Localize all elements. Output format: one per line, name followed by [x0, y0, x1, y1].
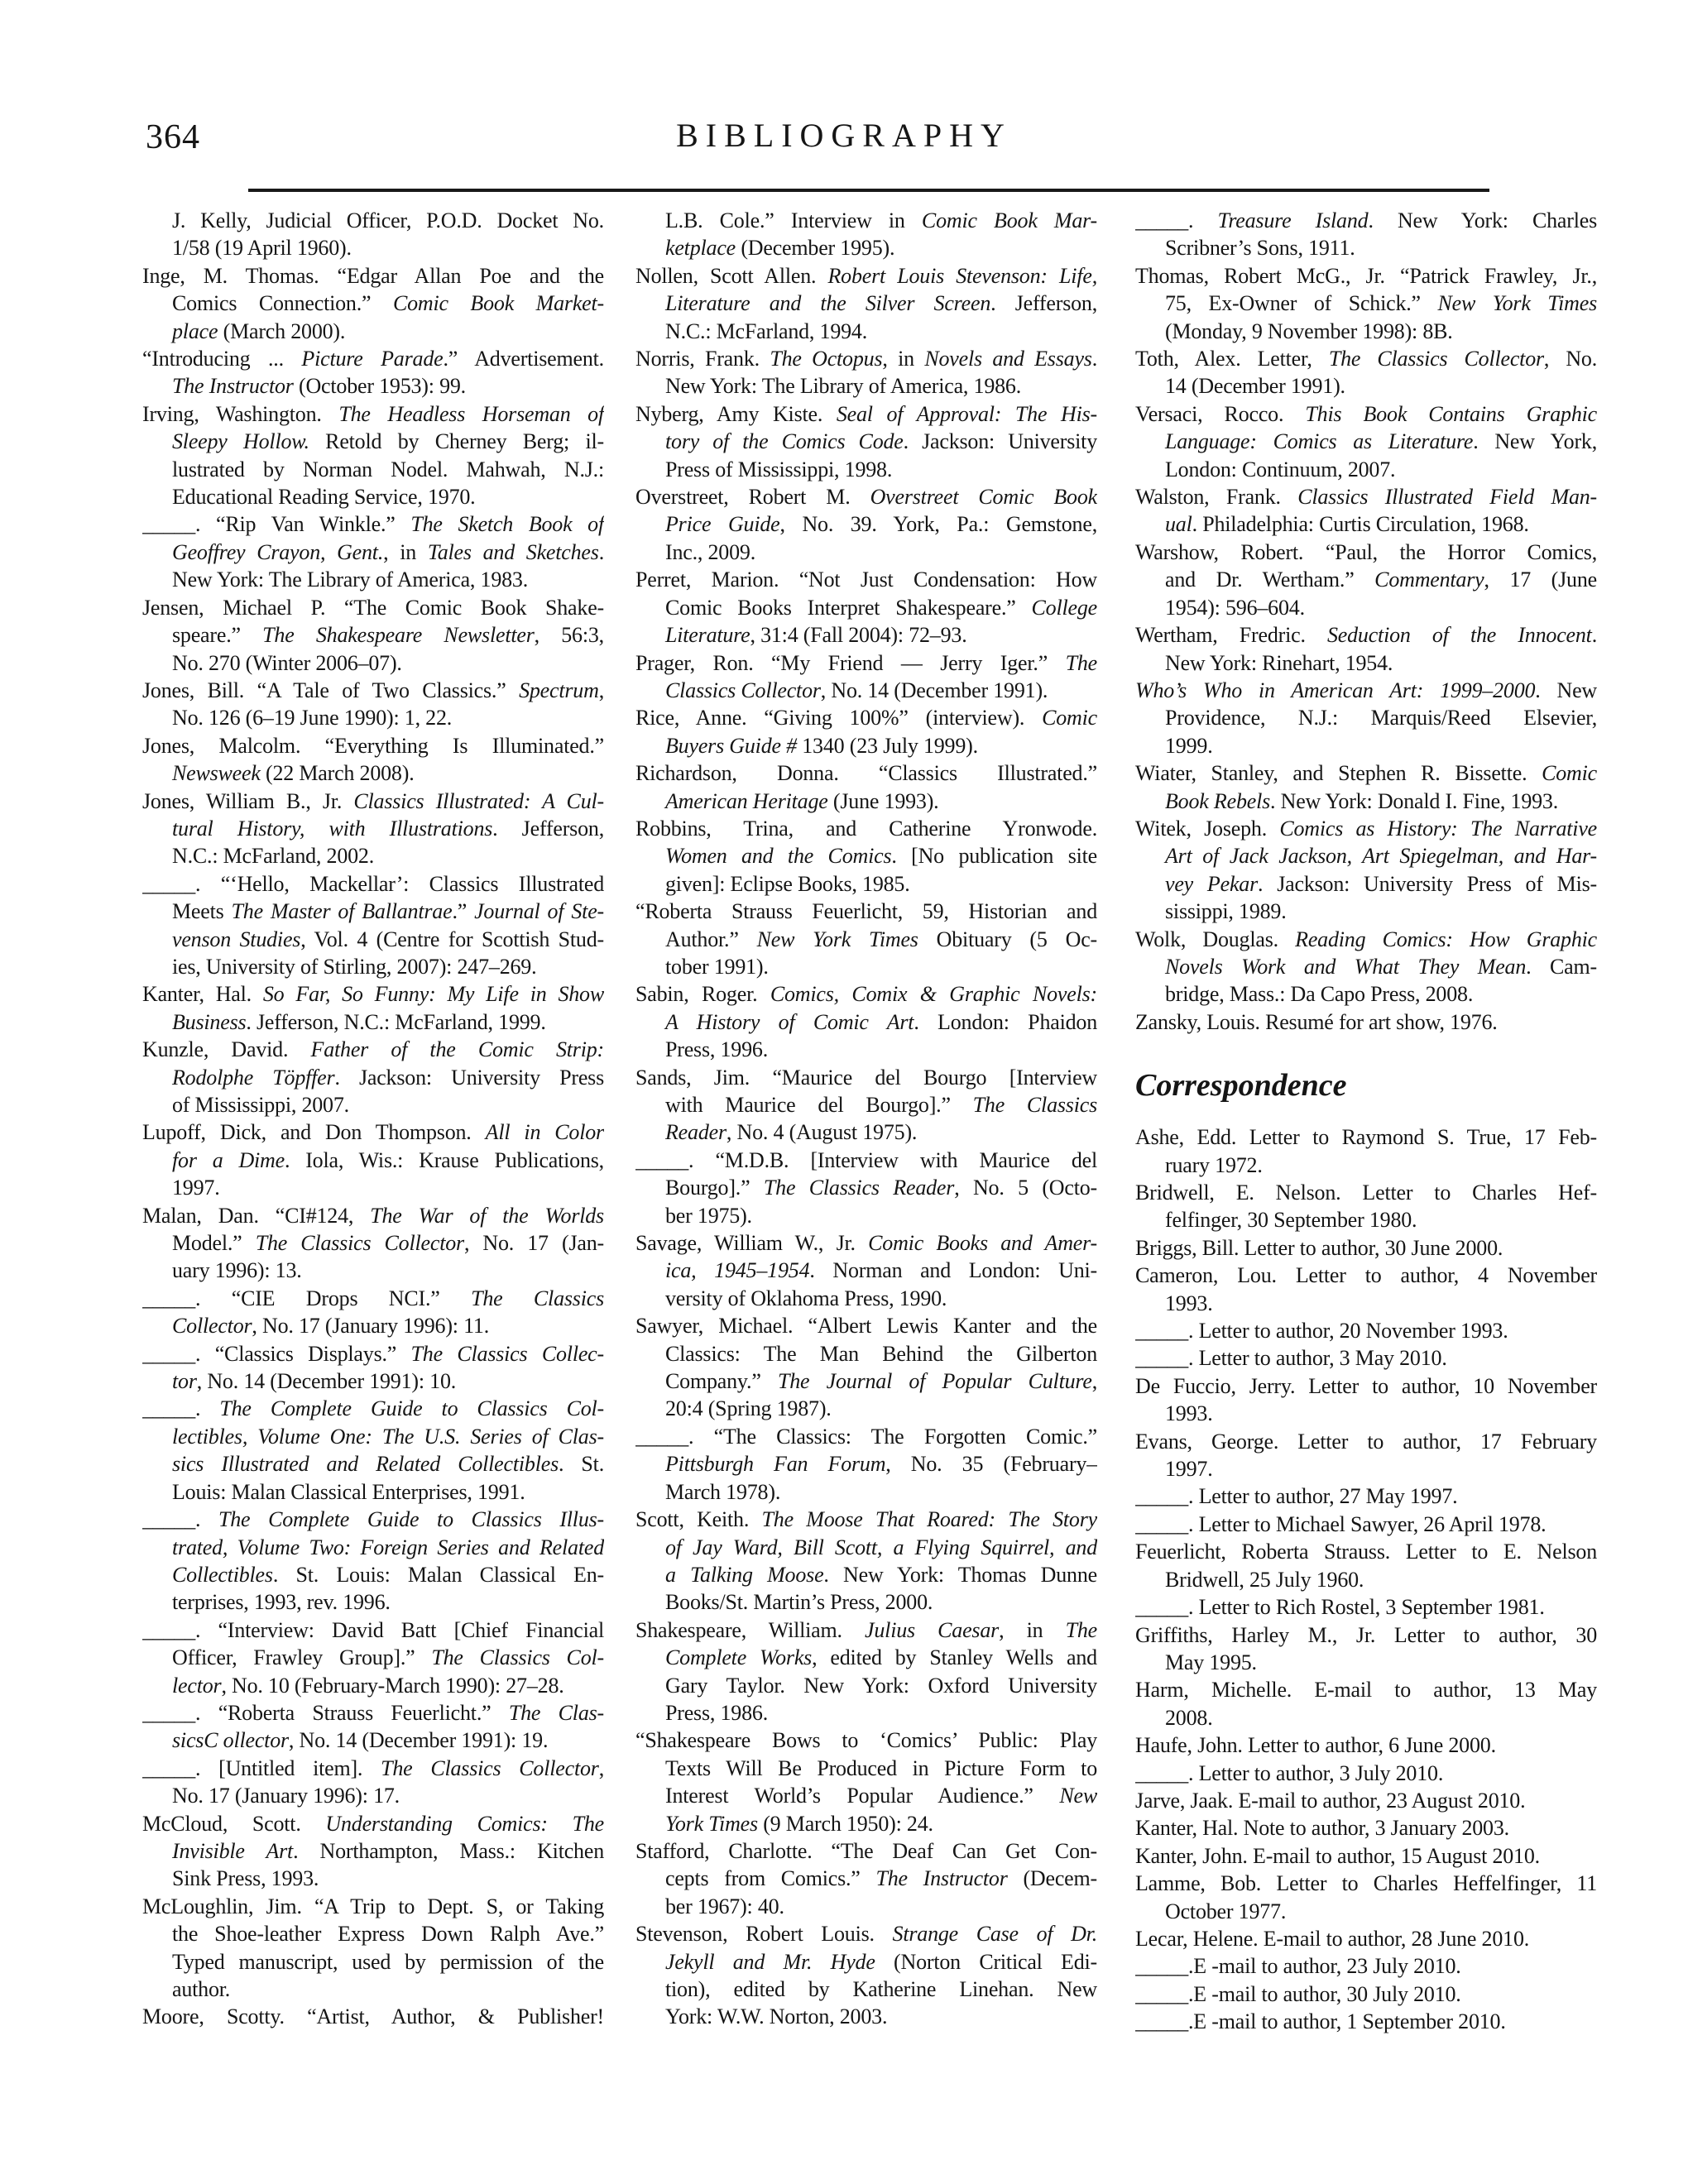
bib-line: ber 1975). — [635, 1202, 1097, 1229]
bib-line: Sink Press, 1993. — [142, 1865, 604, 1892]
bib-line: Malan, Dan. “CI#124, The War of the Worl… — [142, 1202, 604, 1229]
bib-line: Walston, Frank. Classics Illustrated Fie… — [1135, 483, 1597, 510]
bib-line: Gary Taylor. New York: Oxford University — [635, 1672, 1097, 1699]
bib-line: cepts from Comics.” The Instructor (Dece… — [635, 1865, 1097, 1892]
bib-line: Overstreet, Robert M. Overstreet Comic B… — [635, 483, 1097, 510]
bib-line: place (March 2000). — [142, 318, 604, 345]
section-heading: Correspondence — [1135, 1067, 1597, 1104]
bib-line: A History of Comic Art. London: Phaidon — [635, 1008, 1097, 1036]
bib-line: Toth, Alex. Letter, The Classics Collect… — [1135, 345, 1597, 372]
bib-line: felfinger, 30 September 1980. — [1135, 1206, 1597, 1233]
bib-line: _____. Letter to author, 3 July 2010. — [1135, 1760, 1597, 1787]
bib-line: 1997. — [1135, 1455, 1597, 1482]
bib-line: York: W.W. Norton, 2003. — [635, 2003, 1097, 2030]
bib-line: Kanter, Hal. Note to author, 3 January 2… — [1135, 1814, 1597, 1842]
bib-line: 1993. — [1135, 1290, 1597, 1317]
bib-line: Comic Books Interpret Shakespeare.” Coll… — [635, 594, 1097, 621]
bib-line: Richardson, Donna. “Classics Illustrated… — [635, 759, 1097, 787]
bib-line: Geoffrey Crayon, Gent., in Tales and Ske… — [142, 539, 604, 566]
bib-line: “Introducing ... Picture Parade.” Advert… — [142, 345, 604, 372]
bib-line: tural History, with Illustrations. Jeffe… — [142, 815, 604, 842]
bib-line: “Shakespeare Bows to ‘Comics’ Public: Pl… — [635, 1727, 1097, 1754]
bib-line: sics Illustrated and Related Collectible… — [142, 1450, 604, 1478]
bib-line: Bourgo].” The Classics Reader, No. 5 (Oc… — [635, 1174, 1097, 1201]
bib-line: Novels Work and What They Mean. Cam- — [1135, 953, 1597, 980]
bib-line: Sleepy Hollow. Retold by Cherney Berg; i… — [142, 428, 604, 455]
bib-line: Literature, 31:4 (Fall 2004): 72–93. — [635, 621, 1097, 649]
bib-line: _____.E -mail to author, 1 September 201… — [1135, 2008, 1597, 2035]
bib-line: New York: The Library of America, 1986. — [635, 372, 1097, 400]
bib-line: _____. “M.D.B. [Interview with Maurice d… — [635, 1147, 1097, 1174]
bib-line: Jekyll and Mr. Hyde (Norton Critical Edi… — [635, 1948, 1097, 1976]
bib-line: Nyberg, Amy Kiste. Seal of Approval: The… — [635, 400, 1097, 428]
bib-line: Typed manuscript, used by permission of … — [142, 1948, 604, 1976]
bib-line: _____. “CIE Drops NCI.” The Classics — [142, 1285, 604, 1312]
bib-line: 20:4 (Spring 1987). — [635, 1395, 1097, 1422]
bib-line: tion), edited by Katherine Linehan. New — [635, 1976, 1097, 2003]
bib-line: ica, 1945–1954. Norman and London: Uni- — [635, 1257, 1097, 1284]
bib-line: lectibles, Volume One: The U.S. Series o… — [142, 1423, 604, 1450]
bibliography-column-3: _____. Treasure Island. New York: Charle… — [1135, 207, 1597, 2110]
bib-line: Buyers Guide # 1340 (23 July 1999). — [635, 732, 1097, 759]
bib-line: Griffiths, Harley M., Jr. Letter to auth… — [1135, 1621, 1597, 1649]
bib-line: Nollen, Scott Allen. Robert Louis Steven… — [635, 262, 1097, 290]
bib-line: Reader, No. 4 (August 1975). — [635, 1118, 1097, 1146]
bib-line: L.B. Cole.” Interview in Comic Book Mar- — [635, 207, 1097, 234]
bib-line: N.C.: McFarland, 2002. — [142, 842, 604, 869]
bib-line: _____. Letter to author, 27 May 1997. — [1135, 1482, 1597, 1510]
bib-line: Classics: The Man Behind the Gilberton — [635, 1340, 1097, 1367]
bib-line: Rice, Anne. “Giving 100%” (interview). C… — [635, 704, 1097, 731]
bib-line: Sabin, Roger. Comics, Comix & Graphic No… — [635, 980, 1097, 1008]
bib-line: ruary 1972. — [1135, 1152, 1597, 1179]
bib-line: Lamme, Bob. Letter to Charles Heffelfing… — [1135, 1870, 1597, 1897]
bib-line: _____. “Roberta Strauss Feuerlicht.” The… — [142, 1699, 604, 1727]
bib-line: Collectibles. St. Louis: Malan Classical… — [142, 1561, 604, 1588]
bib-line: Savage, William W., Jr. Comic Books and … — [635, 1229, 1097, 1257]
header-rule — [248, 189, 1489, 192]
bib-line: _____. “Classics Displays.” The Classics… — [142, 1340, 604, 1367]
bib-line: Kanter, Hal. So Far, So Funny: My Life i… — [142, 980, 604, 1008]
bib-line: May 1995. — [1135, 1649, 1597, 1676]
bib-line: uary 1996): 13. — [142, 1257, 604, 1284]
bib-line: Who’s Who in American Art: 1999–2000. Ne… — [1135, 677, 1597, 704]
bibliography-column-2: L.B. Cole.” Interview in Comic Book Mar-… — [635, 207, 1097, 2110]
bib-line: Women and the Comics. [No publication si… — [635, 842, 1097, 869]
bib-line: 1997. — [142, 1174, 604, 1201]
bib-line: London: Continuum, 2007. — [1135, 456, 1597, 483]
bib-line: Business. Jefferson, N.C.: McFarland, 19… — [142, 1008, 604, 1036]
bib-line: tory of the Comics Code. Jackson: Univer… — [635, 428, 1097, 455]
bib-line: venson Studies, Vol. 4 (Centre for Scott… — [142, 926, 604, 953]
bib-line: 1993. — [1135, 1400, 1597, 1427]
bib-line: Scribner’s Sons, 1911. — [1135, 234, 1597, 261]
bib-line: Book Rebels. New York: Donald I. Fine, 1… — [1135, 788, 1597, 815]
bib-line: Wolk, Douglas. Reading Comics: How Graph… — [1135, 926, 1597, 953]
bib-line: the Shoe-leather Express Down Ralph Ave.… — [142, 1920, 604, 1947]
bib-line: _____. Letter to Michael Sawyer, 26 Apri… — [1135, 1511, 1597, 1538]
bib-line: Prager, Ron. “My Friend — Jerry Iger.” T… — [635, 649, 1097, 677]
bib-line: Lupoff, Dick, and Don Thompson. All in C… — [142, 1118, 604, 1146]
bib-line: sissippi, 1989. — [1135, 898, 1597, 925]
bib-line: Bridwell, 25 July 1960. — [1135, 1566, 1597, 1593]
bib-line: Jones, Bill. “A Tale of Two Classics.” S… — [142, 677, 604, 704]
bib-line: given]: Eclipse Books, 1985. — [635, 870, 1097, 898]
bib-line: _____. The Complete Guide to Classics Co… — [142, 1395, 604, 1422]
bib-line: Press, 1986. — [635, 1699, 1097, 1727]
bib-line: J. Kelly, Judicial Officer, P.O.D. Docke… — [142, 207, 604, 234]
bib-line: Press, 1996. — [635, 1036, 1097, 1063]
bib-line: Inge, M. Thomas. “Edgar Allan Poe and th… — [142, 262, 604, 290]
bib-line: Classics Collector, No. 14 (December 199… — [635, 677, 1097, 704]
bib-line: 2008. — [1135, 1704, 1597, 1731]
bib-line: lustrated by Norman Nodel. Mahwah, N.J.: — [142, 456, 604, 483]
bib-line: bridge, Mass.: Da Capo Press, 2008. — [1135, 980, 1597, 1008]
bib-line: _____. Treasure Island. New York: Charle… — [1135, 207, 1597, 234]
bib-line: 14 (December 1991). — [1135, 372, 1597, 400]
bib-line: _____. Letter to author, 3 May 2010. — [1135, 1344, 1597, 1372]
bib-line: Warshow, Robert. “Paul, the Horror Comic… — [1135, 539, 1597, 566]
bib-line: Educational Reading Service, 1970. — [142, 483, 604, 510]
bib-line: No. 17 (January 1996): 17. — [142, 1782, 604, 1809]
bib-line: Thomas, Robert McG., Jr. “Patrick Frawle… — [1135, 262, 1597, 290]
bib-line: Author.” New York Times Obituary (5 Oc- — [635, 926, 1097, 953]
bib-line: _____. Letter to Rich Rostel, 3 Septembe… — [1135, 1593, 1597, 1621]
bib-line: terprises, 1993, rev. 1996. — [142, 1588, 604, 1616]
bib-line: for a Dime. Iola, Wis.: Krause Publicati… — [142, 1147, 604, 1174]
bib-line: Jones, Malcolm. “Everything Is Illuminat… — [142, 732, 604, 759]
bib-line: Company.” The Journal of Popular Culture… — [635, 1367, 1097, 1395]
bib-line: sicsC ollector, No. 14 (December 1991): … — [142, 1727, 604, 1754]
bib-line: Sawyer, Michael. “Albert Lewis Kanter an… — [635, 1312, 1097, 1339]
bib-line: and Dr. Wertham.” Commentary, 17 (June — [1135, 566, 1597, 593]
bib-line: Literature and the Silver Screen. Jeffer… — [635, 290, 1097, 317]
bib-line: Lecar, Helene. E-mail to author, 28 June… — [1135, 1925, 1597, 1952]
bib-line: tor, No. 14 (December 1991): 10. — [142, 1367, 604, 1395]
bib-line: trated, Volume Two: Foreign Series and R… — [142, 1534, 604, 1561]
bib-line: Irving, Washington. The Headless Horsema… — [142, 400, 604, 428]
bib-line: Stafford, Charlotte. “The Deaf Can Get C… — [635, 1837, 1097, 1865]
bib-line: Feuerlicht, Roberta Strauss. Letter to E… — [1135, 1538, 1597, 1565]
bib-line: New York: Rinehart, 1954. — [1135, 649, 1597, 677]
bib-line: Briggs, Bill. Letter to author, 30 June … — [1135, 1234, 1597, 1262]
bib-line: Witek, Joseph. Comics as History: The Na… — [1135, 815, 1597, 842]
bib-line: De Fuccio, Jerry. Letter to author, 10 N… — [1135, 1372, 1597, 1400]
bib-line: versity of Oklahoma Press, 1990. — [635, 1285, 1097, 1312]
bib-line: Jones, William B., Jr. Classics Illustra… — [142, 788, 604, 815]
bib-line: with Maurice del Bourgo].” The Classics — [635, 1091, 1097, 1118]
bib-line: 1999. — [1135, 732, 1597, 759]
bib-line: Rodolphe Töpffer. Jackson: University Pr… — [142, 1064, 604, 1091]
bib-line: lector, No. 10 (February-March 1990): 27… — [142, 1672, 604, 1699]
bib-line: Sands, Jim. “Maurice del Bourgo [Intervi… — [635, 1064, 1097, 1091]
bib-line: Robbins, Trina, and Catherine Yronwode. — [635, 815, 1097, 842]
bib-line: Texts Will Be Produced in Picture Form t… — [635, 1755, 1097, 1782]
bib-line: Ashe, Edd. Letter to Raymond S. True, 17… — [1135, 1123, 1597, 1151]
bib-line: _____.E -mail to author, 23 July 2010. — [1135, 1952, 1597, 1980]
bib-line: vey Pekar. Jackson: University Press of … — [1135, 870, 1597, 898]
bib-line: McCloud, Scott. Understanding Comics: Th… — [142, 1810, 604, 1837]
bib-line: of Mississippi, 2007. — [142, 1091, 604, 1118]
bib-line: The Instructor (October 1953): 99. — [142, 372, 604, 400]
page-title: BIBLIOGRAPHY — [141, 116, 1547, 155]
bib-line: _____. Letter to author, 20 November 199… — [1135, 1317, 1597, 1344]
bib-line: Press of Mississippi, 1998. — [635, 456, 1097, 483]
bib-line: Moore, Scotty. “Artist, Author, & Publis… — [142, 2003, 604, 2030]
bib-line: Art of Jack Jackson, Art Spiegelman, and… — [1135, 842, 1597, 869]
bib-line: Newsweek (22 March 2008). — [142, 759, 604, 787]
bib-line: speare.” The Shakespeare Newsletter, 56:… — [142, 621, 604, 649]
bib-line: N.C.: McFarland, 1994. — [635, 318, 1097, 345]
bib-line: _____. “‘Hello, Mackellar’: Classics Ill… — [142, 870, 604, 898]
bib-line: _____. “Rip Van Winkle.” The Sketch Book… — [142, 510, 604, 538]
bib-line: _____. “The Classics: The Forgotten Comi… — [635, 1423, 1097, 1450]
bib-line: Model.” The Classics Collector, No. 17 (… — [142, 1229, 604, 1257]
bib-line: ber 1967): 40. — [635, 1893, 1097, 1920]
bib-line: Comics Connection.” Comic Book Market- — [142, 290, 604, 317]
bib-line: “Roberta Strauss Feuerlicht, 59, Histori… — [635, 898, 1097, 925]
bib-line: McLoughlin, Jim. “A Trip to Dept. S, or … — [142, 1893, 604, 1920]
bibliography-column-1: J. Kelly, Judicial Officer, P.O.D. Docke… — [142, 207, 604, 2110]
bib-line: Wertham, Fredric. Seduction of the Innoc… — [1135, 621, 1597, 649]
bib-line: 75, Ex-Owner of Schick.” New York Times — [1135, 290, 1597, 317]
bib-line: York Times (9 March 1950): 24. — [635, 1810, 1097, 1837]
bib-line: Inc., 2009. — [635, 539, 1097, 566]
bib-line: of Jay Ward, Bill Scott, a Flying Squirr… — [635, 1534, 1097, 1561]
bib-line: No. 126 (6–19 June 1990): 1, 22. — [142, 704, 604, 731]
bib-line: Evans, George. Letter to author, 17 Febr… — [1135, 1428, 1597, 1455]
bib-line: Stevenson, Robert Louis. Strange Case of… — [635, 1920, 1097, 1947]
bib-line: Invisible Art. Northampton, Mass.: Kitch… — [142, 1837, 604, 1865]
bib-line: Language: Comics as Literature. New York… — [1135, 428, 1597, 455]
bib-line: ketplace (December 1995). — [635, 234, 1097, 261]
bib-line: Kanter, John. E-mail to author, 15 Augus… — [1135, 1842, 1597, 1870]
bib-line: No. 270 (Winter 2006–07). — [142, 649, 604, 677]
bib-line: Harm, Michelle. E-mail to author, 13 May — [1135, 1676, 1597, 1703]
bib-line: ual. Philadelphia: Curtis Circulation, 1… — [1135, 510, 1597, 538]
bib-line: Interest World’s Popular Audience.” New — [635, 1782, 1097, 1809]
bib-line: Providence, N.J.: Marquis/Reed Elsevier, — [1135, 704, 1597, 731]
bib-line: Complete Works, edited by Stanley Wells … — [635, 1644, 1097, 1671]
bib-line: ies, University of Stirling, 2007): 247–… — [142, 953, 604, 980]
bib-line: _____.E -mail to author, 30 July 2010. — [1135, 1980, 1597, 2008]
bib-line: Price Guide, No. 39. York, Pa.: Gemstone… — [635, 510, 1097, 538]
bib-line: Collector, No. 17 (January 1996): 11. — [142, 1312, 604, 1339]
bib-line: author. — [142, 1976, 604, 2003]
bib-line: New York: The Library of America, 1983. — [142, 566, 604, 593]
bib-line: American Heritage (June 1993). — [635, 788, 1097, 815]
bib-line: March 1978). — [635, 1478, 1097, 1506]
bib-line: 1954): 596–604. — [1135, 594, 1597, 621]
bib-line: Versaci, Rocco. This Book Contains Graph… — [1135, 400, 1597, 428]
bib-line: Scott, Keith. The Moose That Roared: The… — [635, 1506, 1097, 1533]
bib-line: Kunzle, David. Father of the Comic Strip… — [142, 1036, 604, 1063]
bib-line: Bridwell, E. Nelson. Letter to Charles H… — [1135, 1179, 1597, 1206]
bib-line: Jarve, Jaak. E-mail to author, 23 August… — [1135, 1787, 1597, 1814]
bib-line: tober 1991). — [635, 953, 1097, 980]
bib-line: _____. The Complete Guide to Classics Il… — [142, 1506, 604, 1533]
bib-line: Meets The Master of Ballantrae.” Journal… — [142, 898, 604, 925]
bib-line: _____. “Interview: David Batt [Chief Fin… — [142, 1616, 604, 1644]
bib-line: Books/St. Martin’s Press, 2000. — [635, 1588, 1097, 1616]
bib-line: Wiater, Stanley, and Stephen R. Bissette… — [1135, 759, 1597, 787]
bib-line: Officer, Frawley Group].” The Classics C… — [142, 1644, 604, 1671]
bib-line: Louis: Malan Classical Enterprises, 1991… — [142, 1478, 604, 1506]
bib-line: Cameron, Lou. Letter to author, 4 Novemb… — [1135, 1262, 1597, 1289]
bib-line: 1/58 (19 April 1960). — [142, 234, 604, 261]
bib-line: Haufe, John. Letter to author, 6 June 20… — [1135, 1731, 1597, 1759]
bib-line: Zansky, Louis. Resumé for art show, 1976… — [1135, 1008, 1597, 1036]
bib-line: (Monday, 9 November 1998): 8B. — [1135, 318, 1597, 345]
bib-line: Shakespeare, William. Julius Caesar, in … — [635, 1616, 1097, 1644]
bib-line: _____. [Untitled item]. The Classics Col… — [142, 1755, 604, 1782]
bib-line: Pittsburgh Fan Forum, No. 35 (February– — [635, 1450, 1097, 1478]
bib-line: October 1977. — [1135, 1898, 1597, 1925]
bib-line: Norris, Frank. The Octopus, in Novels an… — [635, 345, 1097, 372]
bib-line: a Talking Moose. New York: Thomas Dunne — [635, 1561, 1097, 1588]
bib-line: Perret, Marion. “Not Just Condensation: … — [635, 566, 1097, 593]
bib-line: Jensen, Michael P. “The Comic Book Shake… — [142, 594, 604, 621]
